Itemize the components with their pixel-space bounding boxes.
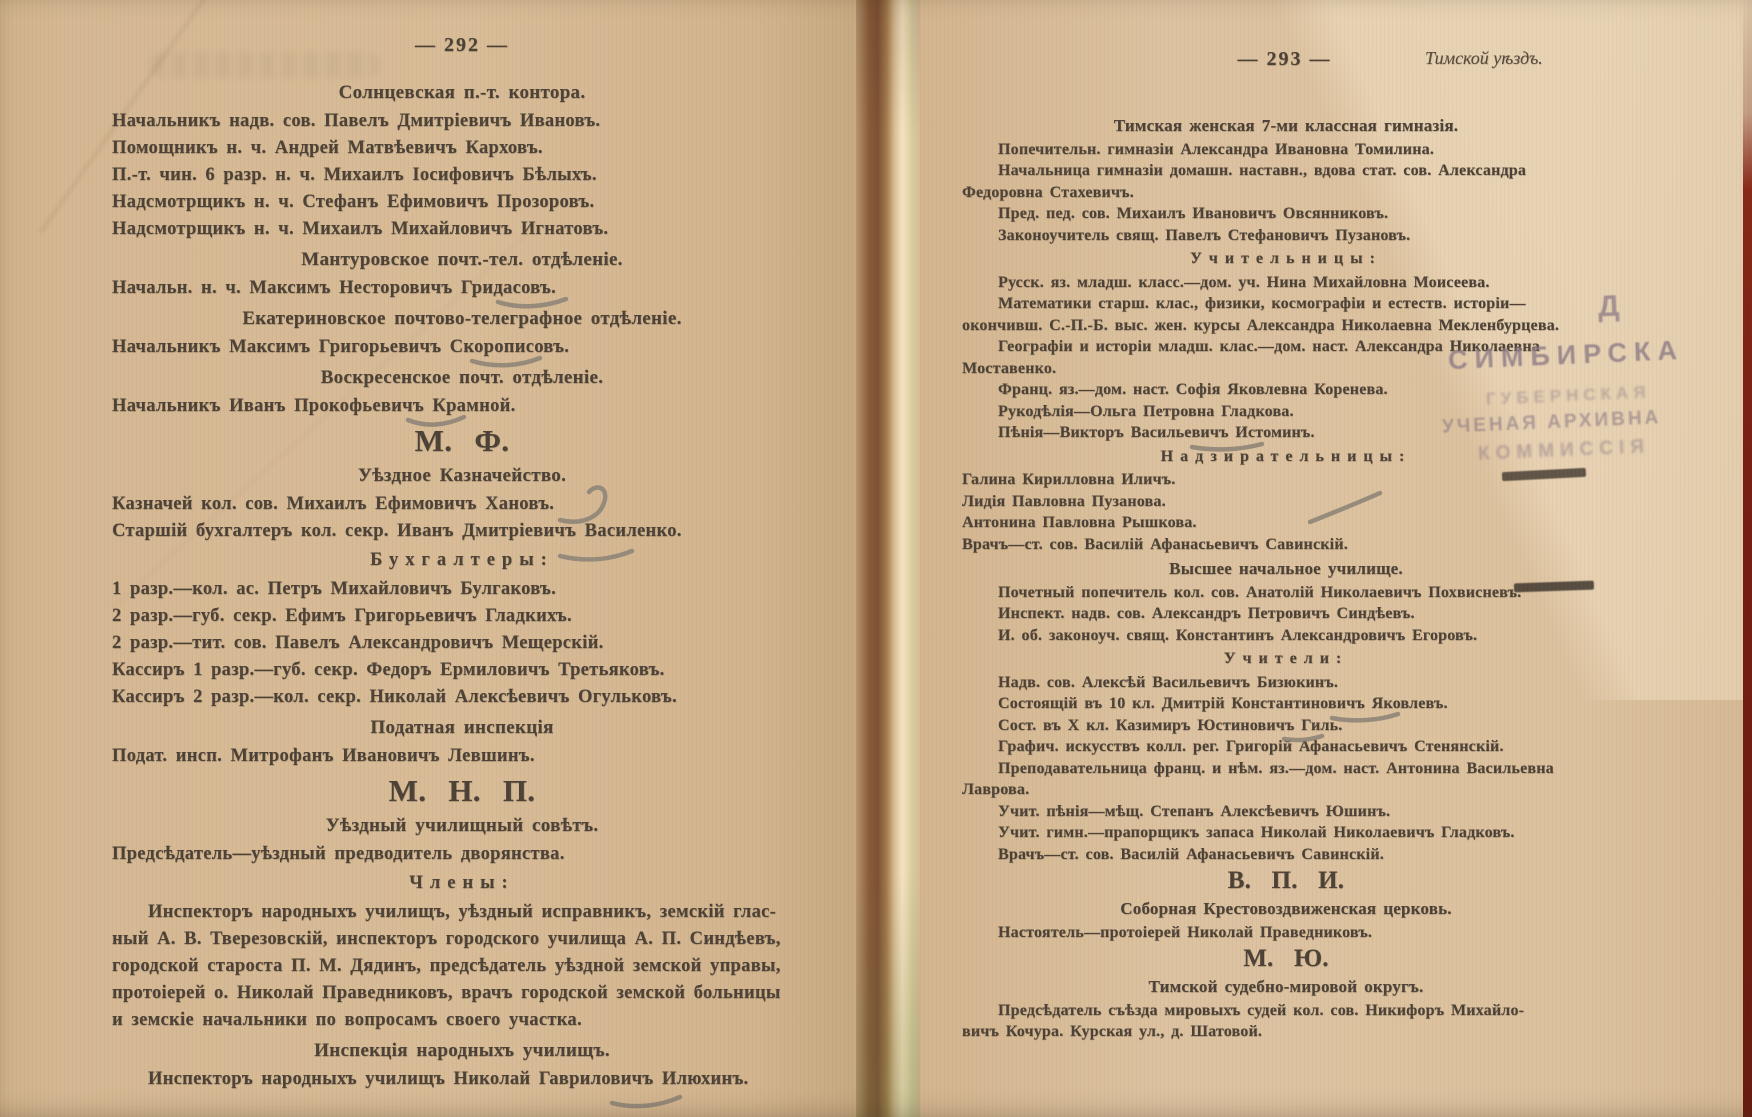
text-line: Законоучитель свящ. Павелъ Стефановичъ П… [962, 225, 1610, 247]
text-line: Подат. инсп. Митрофанъ Ивановичъ Левшинъ… [112, 743, 812, 770]
text-line: Пред. пед. сов. Михаилъ Ивановичъ Овсянн… [962, 203, 1610, 225]
text-line: Преподавательница франц. и нѣм. яз.—дом.… [962, 758, 1610, 780]
section-heading: Высшее начальное училище. [962, 558, 1610, 580]
section-heading: Уѣздное Казначейство. [112, 462, 812, 489]
text-line: Надв. сов. Алексѣй Васильевичъ Бизюкинъ. [962, 672, 1610, 694]
text-line: Врачъ—ст. сов. Василій Афанасьевичъ Сави… [962, 844, 1610, 866]
text-line: И. об. законоуч. свящ. Константинъ Алекс… [962, 625, 1610, 647]
section-heading: Инспекція народныхъ училищъ. [112, 1037, 812, 1064]
section-heading: Воскресенское почт. отдѣленіе. [112, 364, 812, 391]
text-line: окончивш. С.-П.-Б. выс. жен. курсы Алекс… [962, 315, 1610, 337]
text-line: Учит. пѣнія—мѣщ. Степанъ Алексѣевичъ Юши… [962, 801, 1610, 823]
book-cover-edge [1743, 0, 1752, 1117]
text-line: Почетный попечитель кол. сов. Анатолій Н… [962, 582, 1610, 604]
text-line: и земскіе начальники по вопросамъ своего… [112, 1007, 812, 1034]
text-line: Старшій бухгалтеръ кол. секр. Иванъ Дмит… [112, 518, 812, 545]
text-line: Учит. гимн.—прапорщикъ запаса Николай Ни… [962, 822, 1610, 844]
text-line: Настоятель—протоіерей Николай Праведнико… [962, 922, 1610, 944]
text-line: Начальн. н. ч. Максимъ Несторовичъ Грида… [112, 275, 812, 302]
section-heading: Податная инспекція [112, 714, 812, 741]
page-left-text-column: Солнцевская п.-т. контора.Начальникъ над… [112, 76, 812, 1093]
text-line: Инспекторъ народныхъ училищъ Николай Гав… [112, 1066, 812, 1093]
text-line: городской староста П. М. Дядинъ, предсѣд… [112, 953, 812, 980]
text-line: Графич. искусствъ колл. рег. Григорій Аф… [962, 736, 1610, 758]
text-line: Федоровна Стахевичъ. [962, 182, 1610, 204]
text-line: Русск. яз. младш. класс.—дом. уч. Нина М… [962, 272, 1610, 294]
text-line: ный А. В. Тверезовскій, инспекторъ город… [112, 926, 812, 953]
subsection-heading: Бухгалтеры: [112, 547, 812, 574]
department-heading: М. Н. П. [112, 773, 812, 809]
text-line: протоіерей о. Николай Праведниковъ, врач… [112, 980, 812, 1007]
book-spread-scan: — 292 — Солнцевская п.-т. контора.Началь… [0, 0, 1752, 1117]
text-line: Инспект. надв. сов. Александръ Петровичъ… [962, 603, 1610, 625]
text-line: Кассиръ 1 разр.—губ. секр. Федоръ Ермило… [112, 657, 812, 684]
section-heading: Екатериновское почтово-телеграфное отдѣл… [112, 305, 812, 332]
text-line: 2 разр.—губ. секр. Ефимъ Григорьевичъ Гл… [112, 603, 812, 630]
subsection-heading: Учительницы: [962, 248, 1610, 270]
text-line: Начальница гимназіи домашн. наставн., вд… [962, 160, 1610, 182]
text-line: Помощникъ н. ч. Андрей Матвѣевичъ Кархов… [112, 135, 812, 162]
text-line: Казначей кол. сов. Михаилъ Ефимовичъ Хан… [112, 491, 812, 518]
page-right: — 293 — Тимской уѣздъ. Тимская женская 7… [920, 0, 1752, 1117]
section-heading: Соборная Крестовоздвиженская церковь. [962, 898, 1610, 920]
department-heading: В. П. И. [962, 867, 1610, 895]
text-line: Инспекторъ народныхъ училищъ, уѣздный ис… [112, 899, 812, 926]
text-line: Состоящій въ 10 кл. Дмитрій Константинов… [962, 693, 1610, 715]
page-number-left: — 292 — [112, 34, 812, 57]
page-left: — 292 — Солнцевская п.-т. контора.Началь… [0, 0, 856, 1117]
subsection-heading: Учители: [962, 648, 1610, 670]
section-heading: Уѣздный училищный совѣтъ. [112, 812, 812, 839]
text-line: Лаврова. [962, 779, 1610, 801]
text-line: Начальникъ Максимъ Григорьевичъ Скоропис… [112, 334, 812, 361]
text-line: 1 разр.—кол. ас. Петръ Михайловичъ Булга… [112, 576, 812, 603]
text-line: вичъ Кочура. Курская ул., д. Шатовой. [962, 1021, 1610, 1043]
section-heading: Солнцевская п.-т. контора. [112, 79, 812, 106]
text-line: Предсѣдатель съѣзда мировыхъ судей кол. … [962, 1000, 1610, 1022]
section-heading: Тимская женская 7-ми классная гимназія. [962, 115, 1610, 137]
text-line: Математики старш. клас., физики, космогр… [962, 293, 1610, 315]
text-line: Сост. въ X кл. Казимиръ Юстиновичъ Гиль. [962, 715, 1610, 737]
book-gutter [856, 0, 920, 1117]
text-line: Начальникъ надв. сов. Павелъ Дмитріевичъ… [112, 108, 812, 135]
text-line: Лидія Павловна Пузанова. [962, 491, 1610, 513]
text-line: Попечительн. гимназіи Александра Ивановн… [962, 139, 1610, 161]
text-line: Надсмотрщикъ н. ч. Стефанъ Ефимовичъ Про… [112, 189, 812, 216]
section-heading: Мантуровское почт.-тел. отдѣленіе. [112, 246, 812, 273]
page-right-text-column: Тимская женская 7-ми классная гимназія.П… [962, 112, 1610, 1043]
department-heading: М. Ф. [112, 423, 812, 459]
department-heading: М. Ю. [962, 945, 1610, 973]
text-line: Начальникъ Иванъ Прокофьевичъ Крамной. [112, 393, 812, 420]
section-heading: Тимской судебно-мировой округъ. [962, 976, 1610, 998]
running-header: Тимской уѣздъ. [1425, 48, 1725, 69]
text-line: П.-т. чин. 6 разр. н. ч. Михаилъ Іосифов… [112, 162, 812, 189]
subsection-heading: Члены: [112, 870, 812, 897]
text-line: Антонина Павловна Рышкова. [962, 512, 1610, 534]
archive-stamp-line: Д [1597, 290, 1620, 325]
text-line: Кассиръ 2 разр.—кол. секр. Николай Алекс… [112, 684, 812, 711]
text-line: Врачъ—ст. сов. Василій Афанасьевичъ Сави… [962, 534, 1610, 556]
text-line: 2 разр.—тит. сов. Павелъ Александровичъ … [112, 630, 812, 657]
text-line: Надсмотрщикъ н. ч. Михаилъ Михайловичъ И… [112, 216, 812, 243]
text-line: Предсѣдатель—уѣздный предводитель дворян… [112, 841, 812, 868]
